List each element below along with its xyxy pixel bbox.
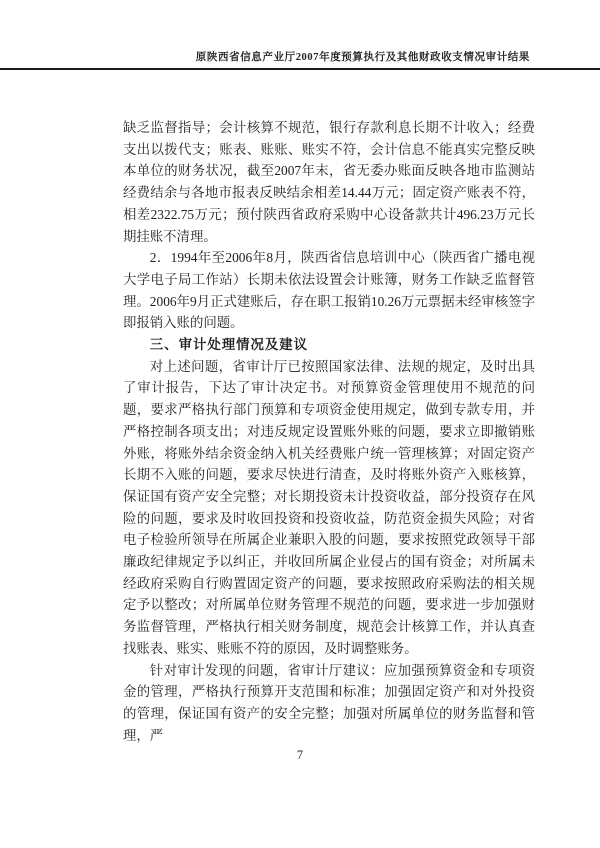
page-number: 7 xyxy=(0,748,600,763)
paragraph-audit-suggestions: 针对审计发现的问题，省审计厅建议：应加强预算资金和专项资金的管理，严格执行预算开… xyxy=(123,660,535,747)
header-divider-rule xyxy=(0,68,600,70)
paragraph-item-2: 2．1994年至2006年8月，陕西省信息培训中心（陕西省广播电视大学电子局工作… xyxy=(123,247,535,334)
paragraph-continuation: 缺乏监督指导；会计核算不规范，银行存款利息长期不计收入；经费支出以拨代支；账表、… xyxy=(123,117,535,247)
section-heading-audit-handling: 三、审计处理情况及建议 xyxy=(123,334,535,356)
paragraph-handling-measures: 对上述问题，省审计厅已按照国家法律、法规的规定，及时出具了审计报告，下达了审计决… xyxy=(123,356,535,660)
document-page: 原陕西省信息产业厅2007年度预算执行及其他财政收支情况审计结果 缺乏监督指导；… xyxy=(0,0,600,848)
running-header-title: 原陕西省信息产业厅2007年度预算执行及其他财政收支情况审计结果 xyxy=(196,52,530,63)
running-header: 原陕西省信息产业厅2007年度预算执行及其他财政收支情况审计结果 xyxy=(0,49,530,64)
document-body: 缺乏监督指导；会计核算不规范，银行存款利息长期不计收入；经费支出以拨代支；账表、… xyxy=(123,117,535,746)
